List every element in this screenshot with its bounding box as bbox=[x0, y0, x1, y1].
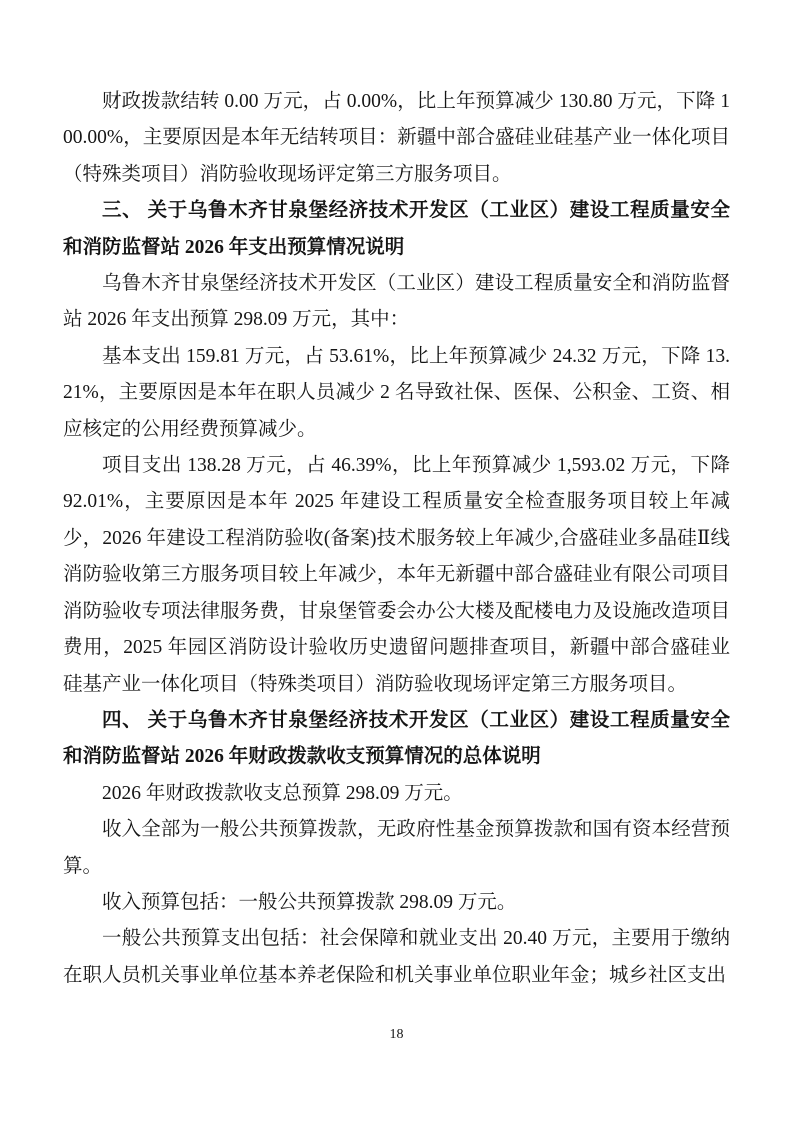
paragraph-basic-expenditure: 基本支出 159.81 万元，占 53.61%，比上年预算减少 24.32 万元… bbox=[63, 339, 730, 448]
document-page: 财政拨款结转 0.00 万元，占 0.00%，比上年预算减少 130.80 万元… bbox=[0, 0, 793, 1122]
section-heading-4-fiscal-appropriation: 四、 关于乌鲁木齐甘泉堡经济技术开发区（工业区）建设工程质量安全和消防监督站 2… bbox=[63, 703, 730, 776]
paragraph-revenue-source: 收入全部为一般公共预算拨款，无政府性基金预算拨款和国有资本经营预算。 bbox=[63, 812, 730, 885]
paragraph-project-expenditure: 项目支出 138.28 万元，占 46.39%，比上年预算减少 1,593.02… bbox=[63, 448, 730, 703]
paragraph-total-fiscal-budget: 2026 年财政拨款收支总预算 298.09 万元。 bbox=[63, 776, 730, 812]
page-number: 18 bbox=[0, 1026, 793, 1044]
paragraph-public-budget-expenditure: 一般公共预算支出包括：社会保障和就业支出 20.40 万元，主要用于缴纳在职人员… bbox=[63, 921, 730, 994]
document-body: 财政拨款结转 0.00 万元，占 0.00%，比上年预算减少 130.80 万元… bbox=[63, 84, 730, 994]
paragraph-total-expenditure: 乌鲁木齐甘泉堡经济技术开发区（工业区）建设工程质量安全和消防监督站 2026 年… bbox=[63, 266, 730, 339]
paragraph-carryover-funds: 财政拨款结转 0.00 万元，占 0.00%，比上年预算减少 130.80 万元… bbox=[63, 84, 730, 193]
section-heading-3-expenditure-budget: 三、 关于乌鲁木齐甘泉堡经济技术开发区（工业区）建设工程质量安全和消防监督站 2… bbox=[63, 193, 730, 266]
paragraph-revenue-budget: 收入预算包括：一般公共预算拨款 298.09 万元。 bbox=[63, 885, 730, 921]
